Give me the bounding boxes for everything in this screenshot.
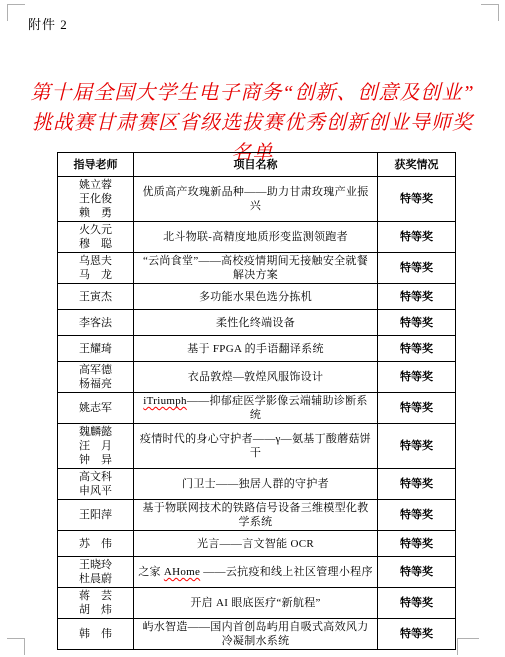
teacher-cell: 王耀琦 [58, 336, 134, 362]
teacher-cell: 蒋 芸胡 炜 [58, 588, 134, 619]
project-cell: 之家 AHome ——云抗疫和线上社区管理小程序 [134, 557, 378, 588]
project-text: 疫情时代的身心守护者——γ—氨基丁酸蘑菇饼干 [140, 433, 371, 459]
project-cell: 多功能水果色选分拣机 [134, 284, 378, 310]
teacher-cell: 苏 伟 [58, 531, 134, 557]
table-row: 王耀琦基于 FPGA 的手语翻译系统特等奖 [58, 336, 456, 362]
teacher-name: 苏 伟 [62, 537, 129, 551]
award-cell: 特等奖 [378, 222, 456, 253]
teacher-name: 马 龙 [62, 268, 129, 282]
project-text: 衣品敦煌—敦煌风服饰设计 [188, 371, 324, 383]
project-text: 门卫士——独居人群的守护者 [182, 478, 329, 490]
header-award: 获奖情况 [378, 153, 456, 177]
teacher-cell: 乌恩夫马 龙 [58, 253, 134, 284]
teacher-name: 姚立蓉 [62, 178, 129, 192]
award-cell: 特等奖 [378, 393, 456, 424]
teacher-cell: 王晓玲杜晨蔚 [58, 557, 134, 588]
award-cell: 特等奖 [378, 469, 456, 500]
crop-mark-bottom-right [457, 638, 479, 655]
teacher-name: 申风平 [62, 484, 129, 498]
project-text: 光言——言文智能 OCR [197, 538, 314, 550]
table-row: 蒋 芸胡 炜开启 AI 眼底医疗“新航程”特等奖 [58, 588, 456, 619]
project-text: 多功能水果色选分拣机 [199, 291, 312, 303]
award-cell: 特等奖 [378, 177, 456, 222]
spellcheck-flagged-word: iTriumph [143, 395, 187, 407]
teacher-name: 钟 异 [62, 453, 129, 467]
crop-mark-bottom-left [7, 638, 25, 655]
header-teacher: 指导老师 [58, 153, 134, 177]
table-row: 高文科申风平门卫士——独居人群的守护者特等奖 [58, 469, 456, 500]
project-cell: 基于 FPGA 的手语翻译系统 [134, 336, 378, 362]
teacher-name: 王晓玲 [62, 558, 129, 572]
table-row: 魏麟懿汪 月钟 异疫情时代的身心守护者——γ—氨基丁酸蘑菇饼干特等奖 [58, 424, 456, 469]
teacher-name: 赖 勇 [62, 206, 129, 220]
award-cell: 特等奖 [378, 557, 456, 588]
project-cell: 衣品敦煌—敦煌风服饰设计 [134, 362, 378, 393]
table-row: 王阳萍基于物联网技术的铁路信号设备三维模型化教学系统特等奖 [58, 500, 456, 531]
header-project: 项目名称 [134, 153, 378, 177]
teacher-name: 高军德 [62, 363, 129, 377]
award-cell: 特等奖 [378, 253, 456, 284]
table-row: 姚志军iTriumph——抑郁症医学影像云端辅助诊断系统特等奖 [58, 393, 456, 424]
award-cell: 特等奖 [378, 284, 456, 310]
teacher-name: 杨福亮 [62, 377, 129, 391]
teacher-name: 韩 伟 [62, 627, 129, 641]
teacher-name: 杜晨蔚 [62, 572, 129, 586]
teacher-cell: 姚志军 [58, 393, 134, 424]
teacher-name: 穆 聪 [62, 237, 129, 251]
award-cell: 特等奖 [378, 336, 456, 362]
teacher-name: 蒋 芸 [62, 589, 129, 603]
teacher-cell: 魏麟懿汪 月钟 异 [58, 424, 134, 469]
teacher-cell: 火久元穆 聪 [58, 222, 134, 253]
project-text: 基于 FPGA 的手语翻译系统 [187, 343, 324, 355]
table-row: 韩 伟屿水智造——国内首创岛屿用自吸式高效风力冷凝制水系统特等奖 [58, 619, 456, 650]
table-row: 乌恩夫马 龙“云尚食堂”——高校疫情期间无接触安全就餐解决方案特等奖 [58, 253, 456, 284]
project-text: 开启 AI 眼底医疗“新航程” [190, 597, 320, 609]
award-table-body: 姚立蓉王化俊赖 勇优质高产玫瑰新品种——助力甘肃玫瑰产业振兴特等奖火久元穆 聪北… [58, 177, 456, 650]
teacher-name: 王化俊 [62, 192, 129, 206]
award-cell: 特等奖 [378, 531, 456, 557]
project-cell: 屿水智造——国内首创岛屿用自吸式高效风力冷凝制水系统 [134, 619, 378, 650]
attachment-label: 附件 2 [28, 14, 68, 33]
project-text: “云尚食堂”——高校疫情期间无接触安全就餐解决方案 [143, 255, 368, 281]
crop-mark-top-left [7, 4, 25, 21]
crop-mark-top-right [481, 4, 499, 21]
table-row: 姚立蓉王化俊赖 勇优质高产玫瑰新品种——助力甘肃玫瑰产业振兴特等奖 [58, 177, 456, 222]
project-text: 北斗物联-高精度地质形变监测领跑者 [163, 231, 348, 243]
award-cell: 特等奖 [378, 362, 456, 393]
teacher-name: 胡 炜 [62, 603, 129, 617]
teacher-name: 姚志军 [62, 401, 129, 415]
award-table: 指导老师 项目名称 获奖情况 姚立蓉王化俊赖 勇优质高产玫瑰新品种——助力甘肃玫… [57, 152, 456, 650]
project-cell: 优质高产玫瑰新品种——助力甘肃玫瑰产业振兴 [134, 177, 378, 222]
project-cell: 柔性化终端设备 [134, 310, 378, 336]
teacher-cell: 高文科申风平 [58, 469, 134, 500]
project-cell: 开启 AI 眼底医疗“新航程” [134, 588, 378, 619]
project-text: 柔性化终端设备 [216, 317, 295, 329]
table-row: 王晓玲杜晨蔚之家 AHome ——云抗疫和线上社区管理小程序特等奖 [58, 557, 456, 588]
award-cell: 特等奖 [378, 310, 456, 336]
teacher-name: 乌恩夫 [62, 254, 129, 268]
teacher-cell: 王阳萍 [58, 500, 134, 531]
project-text: 优质高产玫瑰新品种——助力甘肃玫瑰产业振兴 [143, 186, 369, 212]
project-cell: 基于物联网技术的铁路信号设备三维模型化教学系统 [134, 500, 378, 531]
teacher-name: 高文科 [62, 470, 129, 484]
project-cell: “云尚食堂”——高校疫情期间无接触安全就餐解决方案 [134, 253, 378, 284]
project-cell: iTriumph——抑郁症医学影像云端辅助诊断系统 [134, 393, 378, 424]
award-cell: 特等奖 [378, 619, 456, 650]
award-cell: 特等奖 [378, 588, 456, 619]
project-cell: 疫情时代的身心守护者——γ—氨基丁酸蘑菇饼干 [134, 424, 378, 469]
teacher-cell: 姚立蓉王化俊赖 勇 [58, 177, 134, 222]
table-header-row: 指导老师 项目名称 获奖情况 [58, 153, 456, 177]
teacher-name: 王阳萍 [62, 508, 129, 522]
teacher-name: 火久元 [62, 223, 129, 237]
table-row: 苏 伟光言——言文智能 OCR特等奖 [58, 531, 456, 557]
table-row: 高军德杨福亮衣品敦煌—敦煌风服饰设计特等奖 [58, 362, 456, 393]
teacher-name: 魏麟懿 [62, 425, 129, 439]
project-cell: 北斗物联-高精度地质形变监测领跑者 [134, 222, 378, 253]
teacher-cell: 王寅杰 [58, 284, 134, 310]
teacher-cell: 韩 伟 [58, 619, 134, 650]
project-text: ——云抗疫和线上社区管理小程序 [200, 566, 373, 578]
project-text: ——抑郁症医学影像云端辅助诊断系统 [187, 395, 368, 421]
table-row: 李客法柔性化终端设备特等奖 [58, 310, 456, 336]
project-cell: 门卫士——独居人群的守护者 [134, 469, 378, 500]
teacher-name: 王寅杰 [62, 290, 129, 304]
teacher-name: 王耀琦 [62, 342, 129, 356]
project-text: 屿水智造——国内首创岛屿用自吸式高效风力冷凝制水系统 [143, 621, 369, 647]
project-text: 基于物联网技术的铁路信号设备三维模型化教学系统 [143, 502, 369, 528]
table-row: 火久元穆 聪北斗物联-高精度地质形变监测领跑者特等奖 [58, 222, 456, 253]
doc-title-line1: 第十届全国大学生电子商务“创新、创意及创业” [22, 78, 483, 108]
spellcheck-flagged-word: AHome [164, 566, 200, 578]
project-text: 之家 [138, 566, 164, 578]
project-cell: 光言——言文智能 OCR [134, 531, 378, 557]
teacher-name: 汪 月 [62, 439, 129, 453]
teacher-cell: 高军德杨福亮 [58, 362, 134, 393]
award-cell: 特等奖 [378, 424, 456, 469]
teacher-name: 李客法 [62, 316, 129, 330]
table-row: 王寅杰多功能水果色选分拣机特等奖 [58, 284, 456, 310]
award-cell: 特等奖 [378, 500, 456, 531]
teacher-cell: 李客法 [58, 310, 134, 336]
